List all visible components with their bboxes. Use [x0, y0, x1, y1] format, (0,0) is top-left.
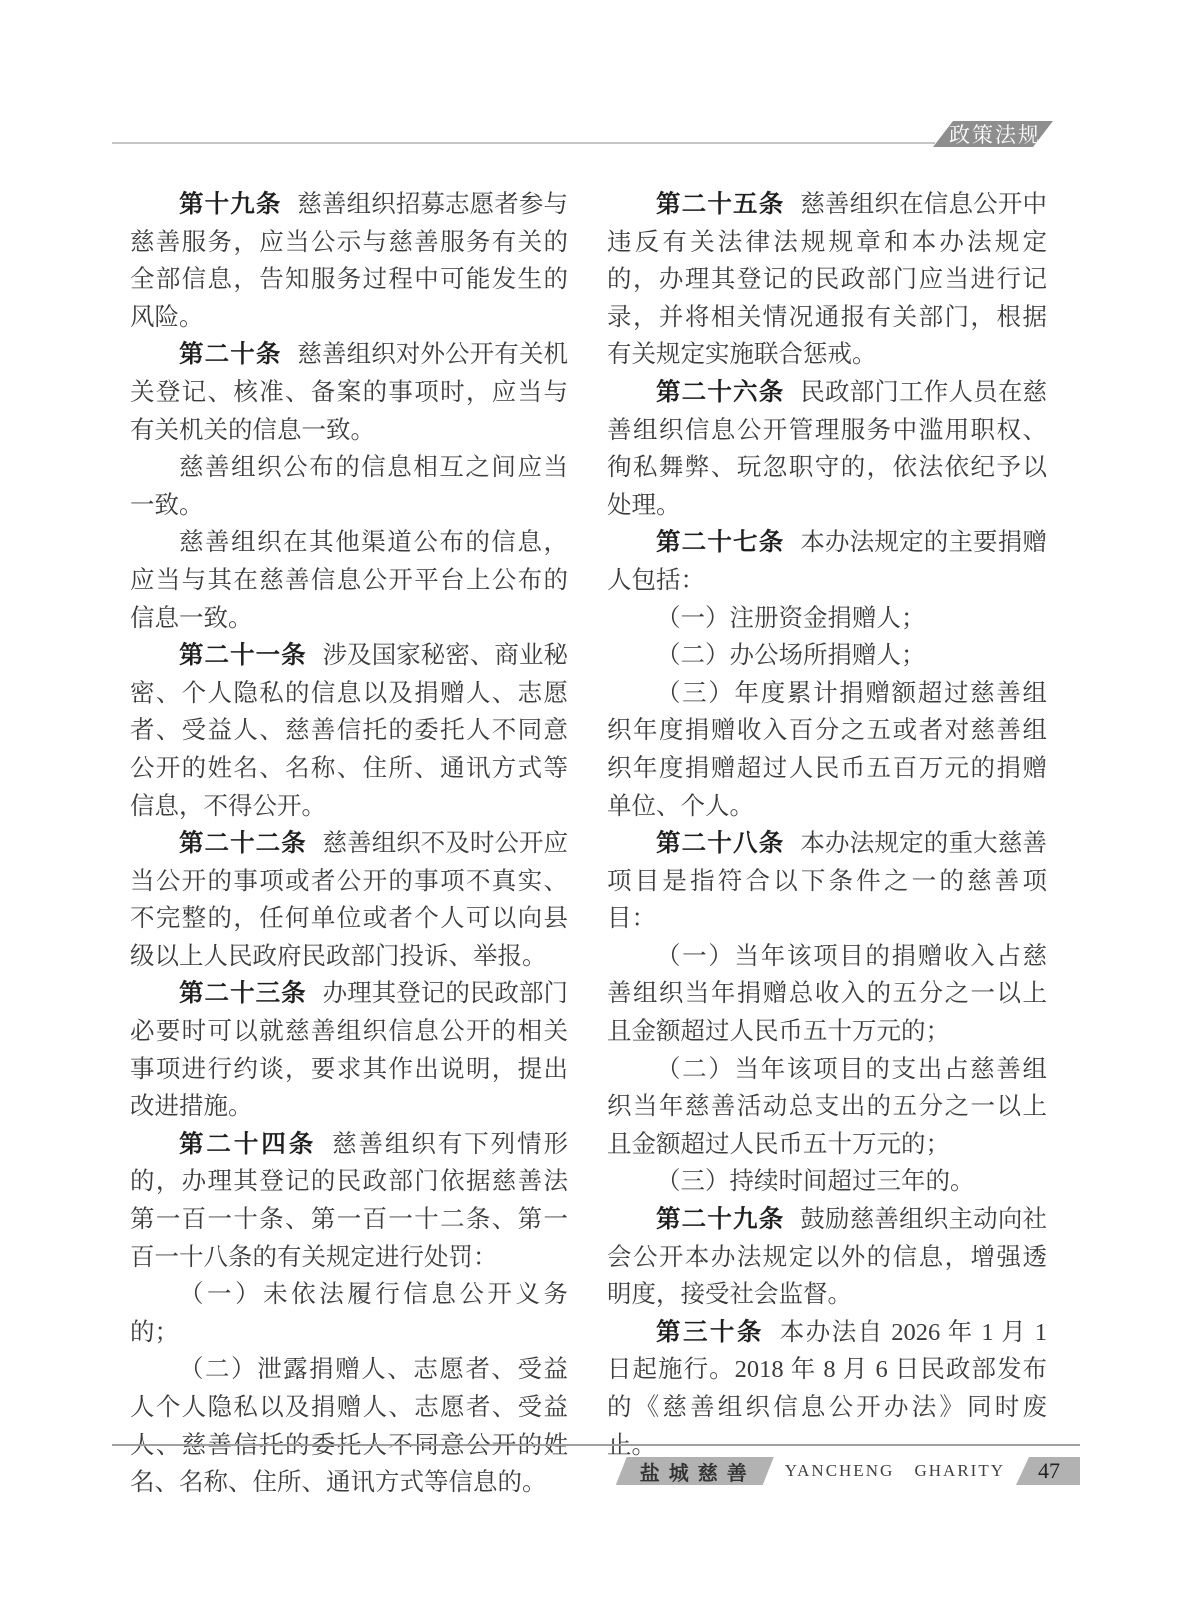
article-paragraph: 第二十一条涉及国家秘密、商业秘密、个人隐私的信息以及捐赠人、志愿者、受益人、慈善… — [130, 637, 568, 825]
article-paragraph: （一）未依法履行信息公开义务的； — [130, 1276, 568, 1351]
footer-rule — [112, 1444, 1080, 1446]
header-rule — [112, 142, 935, 144]
magazine-page: 政策法规 第十九条慈善组织招募志愿者参与慈善服务，应当公示与慈善服务有关的全部信… — [0, 0, 1187, 1600]
article-number: 第二十一条 — [179, 642, 307, 669]
section-tag: 政策法规 — [933, 121, 1053, 147]
article-text: （二）泄露捐赠人、志愿者、受益人个人隐私以及捐赠人、志愿者、受益人、慈善信托的委… — [130, 1356, 568, 1496]
magazine-name-cn: 盐城慈善 — [640, 1457, 756, 1486]
article-paragraph: 第二十四条慈善组织有下列情形的，办理其登记的民政部门依据慈善法第一百一十条、第一… — [130, 1126, 568, 1276]
article-paragraph: 慈善组织公布的信息相互之间应当一致。 — [130, 449, 568, 524]
article-paragraph: （二）办公场所捐赠人； — [607, 637, 1047, 675]
article-number: 第十九条 — [179, 191, 281, 218]
article-paragraph: 慈善组织在其他渠道公布的信息，应当与其在慈善信息公开平台上公布的信息一致。 — [130, 524, 568, 637]
article-text: （二）办公场所捐赠人； — [656, 642, 926, 669]
article-text: （一）注册资金捐赠人； — [656, 605, 926, 632]
article-number: 第二十条 — [179, 341, 281, 368]
article-text: 慈善组织公布的信息相互之间应当一致。 — [130, 454, 568, 519]
article-paragraph: 第二十七条本办法规定的主要捐赠人包括： — [607, 524, 1047, 599]
article-paragraph: 第二十五条慈善组织在信息公开中违反有关法律法规规章和本办法规定的，办理其登记的民… — [607, 186, 1047, 374]
page-number-badge: 47 — [1016, 1457, 1080, 1485]
magazine-name-cn-badge: 盐城慈善 — [616, 1457, 774, 1485]
article-paragraph: （三）年度累计捐赠额超过慈善组织年度捐赠收入百分之五或者对慈善组织年度捐赠超过人… — [607, 675, 1047, 825]
article-number: 第二十九条 — [656, 1206, 784, 1233]
article-number: 第二十二条 — [179, 830, 307, 857]
article-text: （三）年度累计捐赠额超过慈善组织年度捐赠收入百分之五或者对慈善组织年度捐赠超过人… — [607, 680, 1047, 820]
article-number: 第二十三条 — [179, 980, 307, 1007]
article-text: 慈善组织在其他渠道公布的信息，应当与其在慈善信息公开平台上公布的信息一致。 — [130, 529, 568, 631]
article-paragraph: （二）当年该项目的支出占慈善组织当年慈善活动总支出的五分之一以上且金额超过人民币… — [607, 1051, 1047, 1164]
article-text: （二）当年该项目的支出占慈善组织当年慈善活动总支出的五分之一以上且金额超过人民币… — [607, 1056, 1047, 1158]
text-column-right: 第二十五条慈善组织在信息公开中违反有关法律法规规章和本办法规定的，办理其登记的民… — [607, 186, 1047, 1464]
article-text: （三）持续时间超过三年的。 — [656, 1168, 975, 1195]
article-number: 第二十八条 — [656, 830, 784, 857]
article-paragraph: （一）当年该项目的捐赠收入占慈善组织当年捐赠总收入的五分之一以上且金额超过人民币… — [607, 938, 1047, 1051]
article-number: 第二十七条 — [656, 529, 784, 556]
article-paragraph: （一）注册资金捐赠人； — [607, 600, 1047, 638]
article-paragraph: 第二十条慈善组织对外公开有关机关登记、核准、备案的事项时，应当与有关机关的信息一… — [130, 336, 568, 449]
article-paragraph: 第二十二条慈善组织不及时公开应当公开的事项或者公开的事项不真实、不完整的，任何单… — [130, 825, 568, 975]
article-paragraph: 第三十条本办法自 2026 年 1 月 1 日起施行。2018 年 8 月 6 … — [607, 1314, 1047, 1464]
article-text: （一）当年该项目的捐赠收入占慈善组织当年捐赠总收入的五分之一以上且金额超过人民币… — [607, 943, 1047, 1045]
text-column-left: 第十九条慈善组织招募志愿者参与慈善服务，应当公示与慈善服务有关的全部信息，告知服… — [130, 186, 568, 1502]
article-text: （一）未依法履行信息公开义务的； — [130, 1281, 568, 1346]
footer-bar: 盐城慈善 YANCHENG GHARITY 47 — [616, 1457, 1080, 1485]
article-number: 第三十条 — [656, 1319, 764, 1346]
article-paragraph: （三）持续时间超过三年的。 — [607, 1163, 1047, 1201]
article-paragraph: 第二十三条办理其登记的民政部门必要时可以就慈善组织信息公开的相关事项进行约谈，要… — [130, 975, 568, 1125]
section-tag-label: 政策法规 — [945, 119, 1041, 149]
article-number: 第二十六条 — [656, 379, 784, 406]
article-paragraph: 第二十六条民政部门工作人员在慈善组织信息公开管理服务中滥用职权、徇私舞弊、玩忽职… — [607, 374, 1047, 524]
article-paragraph: （二）泄露捐赠人、志愿者、受益人个人隐私以及捐赠人、志愿者、受益人、慈善信托的委… — [130, 1351, 568, 1501]
magazine-name-en: YANCHENG GHARITY — [783, 1461, 1007, 1481]
article-number: 第二十四条 — [179, 1131, 316, 1158]
article-paragraph: 第二十八条本办法规定的重大慈善项目是指符合以下条件之一的慈善项目： — [607, 825, 1047, 938]
page-number: 47 — [1038, 1458, 1060, 1484]
article-paragraph: 第二十九条鼓励慈善组织主动向社会公开本办法规定以外的信息，增强透明度，接受社会监… — [607, 1201, 1047, 1314]
article-paragraph: 第十九条慈善组织招募志愿者参与慈善服务，应当公示与慈善服务有关的全部信息，告知服… — [130, 186, 568, 336]
article-number: 第二十五条 — [656, 191, 784, 218]
